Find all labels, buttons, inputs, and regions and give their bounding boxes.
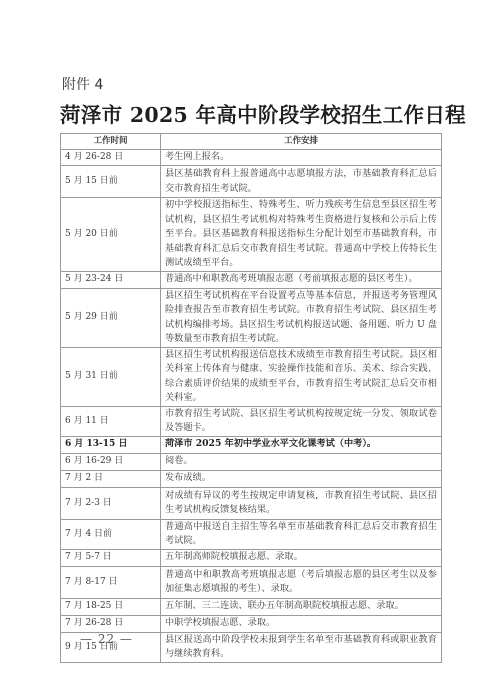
table-row: 7 月 5-7 日 五年制高师院校填报志愿、录取。 xyxy=(61,549,442,566)
table-row: 7 月 2-3 日 对成绩有异议的考生按规定申请复核，市教育招生考试院、县区招生… xyxy=(61,487,442,519)
row-task: 对成绩有异议的考生按规定申请复核，市教育招生考试院、县区招生考试机构反馈复核结果… xyxy=(161,487,442,519)
row-date: 7 月 2 日 xyxy=(61,470,161,487)
column-header-task: 工作安排 xyxy=(161,134,442,150)
table-row: 7 月 26-28 日 中职学校填报志愿、录取。 xyxy=(61,615,442,632)
table-header-row: 工作时间 工作安排 xyxy=(61,134,442,150)
row-task: 县区招生考试机构在平台设置考点等基本信息，并报送考务管理风险排查报告至市教育招生… xyxy=(161,288,442,347)
row-task: 考生网上报名。 xyxy=(161,150,442,166)
table-row: 6 月 11 日 市教育招生考试院、县区招生考试机构按规定统一分发、领取试卷及答… xyxy=(61,406,442,436)
row-task: 县区基础教育科上报普通高中志愿填报方法，市基础教育科汇总后交市教育招生考试院。 xyxy=(161,166,442,198)
row-date: 4 月 26-28 日 xyxy=(61,150,161,166)
schedule-table: 工作时间 工作安排 4 月 26-28 日 考生网上报名。 5 月 15 日前 … xyxy=(60,133,442,663)
table-row: 5 月 31 日前 县区招生考试机构报送信息技术成绩至市教育招生考试院。县区相关… xyxy=(61,347,442,406)
table-row: 7 月 8-17 日 普通高中和职教高考班填报志愿（考后填报志愿的县区考生以及参… xyxy=(61,566,442,598)
row-date: 6 月 13-15 日 xyxy=(61,436,161,453)
row-date: 7 月 4 日前 xyxy=(61,519,161,549)
row-task: 阅卷。 xyxy=(161,453,442,470)
table-row: 5 月 23-24 日 普通高中和职教高考班填报志愿（考前填报志愿的县区考生）。 xyxy=(61,271,442,288)
table-row: 7 月 2 日 发布成绩。 xyxy=(61,470,442,487)
row-date: 5 月 20 日前 xyxy=(61,198,161,272)
row-date: 5 月 31 日前 xyxy=(61,347,161,406)
row-task: 五年制高师院校填报志愿、录取。 xyxy=(161,549,442,566)
row-date: 7 月 5-7 日 xyxy=(61,549,161,566)
row-task: 五年制、三二连读、联办五年制高职院校填报志愿、录取。 xyxy=(161,598,442,615)
row-task: 普通高中和职教高考班填报志愿（考前填报志愿的县区考生）。 xyxy=(161,271,442,288)
row-date: 6 月 16-29 日 xyxy=(61,453,161,470)
table-row: 4 月 26-28 日 考生网上报名。 xyxy=(61,150,442,166)
row-task: 初中学校报送指标生、特殊考生、听力残疾考生信息至县区招生考试机构，县区招生考试机… xyxy=(161,198,442,272)
table-row: 5 月 20 日前 初中学校报送指标生、特殊考生、听力残疾考生信息至县区招生考试… xyxy=(61,198,442,272)
page-number: — 22 — xyxy=(80,632,133,646)
row-task: 普通高中和职教高考班填报志愿（考后填报志愿的县区考生以及参加征集志愿填报的考生）… xyxy=(161,566,442,598)
attachment-label: 附件 4 xyxy=(62,74,103,94)
table-row: 5 月 15 日前 县区基础教育科上报普通高中志愿填报方法，市基础教育科汇总后交… xyxy=(61,166,442,198)
row-task: 中职学校填报志愿、录取。 xyxy=(161,615,442,632)
table-row: 6 月 16-29 日 阅卷。 xyxy=(61,453,442,470)
column-header-date: 工作时间 xyxy=(61,134,161,150)
row-task: 市教育招生考试院、县区招生考试机构按规定统一分发、领取试卷及答题卡。 xyxy=(161,406,442,436)
table-row: 7 月 4 日前 普通高中报送自主招生等名单至市基础教育科汇总后交市教育招生考试… xyxy=(61,519,442,549)
row-task: 县区招生考试机构报送信息技术成绩至市教育招生考试院。县区相关科室上传体育与健康、… xyxy=(161,347,442,406)
row-date: 5 月 15 日前 xyxy=(61,166,161,198)
row-date: 7 月 26-28 日 xyxy=(61,615,161,632)
row-date: 7 月 18-25 日 xyxy=(61,598,161,615)
row-task: 发布成绩。 xyxy=(161,470,442,487)
table-row: 7 月 18-25 日 五年制、三二连读、联办五年制高职院校填报志愿、录取。 xyxy=(61,598,442,615)
document-title: 菏泽市 2025 年高中阶段学校招生工作日程 xyxy=(60,98,442,128)
row-date: 5 月 29 日前 xyxy=(61,288,161,347)
row-date: 6 月 11 日 xyxy=(61,406,161,436)
row-task: 菏泽市 2025 年初中学业水平文化课考试（中考）。 xyxy=(161,436,442,453)
row-date: 7 月 8-17 日 xyxy=(61,566,161,598)
row-date: 7 月 2-3 日 xyxy=(61,487,161,519)
row-date: 5 月 23-24 日 xyxy=(61,271,161,288)
table-row-highlight-exam: 6 月 13-15 日 菏泽市 2025 年初中学业水平文化课考试（中考）。 xyxy=(61,436,442,453)
table-row: 5 月 29 日前 县区招生考试机构在平台设置考点等基本信息，并报送考务管理风险… xyxy=(61,288,442,347)
row-task: 普通高中报送自主招生等名单至市基础教育科汇总后交市教育招生考试院。 xyxy=(161,519,442,549)
row-task: 县区报送高中阶段学校未报到学生名单至市基础教育科或职业教育与继续教育科。 xyxy=(161,632,442,662)
